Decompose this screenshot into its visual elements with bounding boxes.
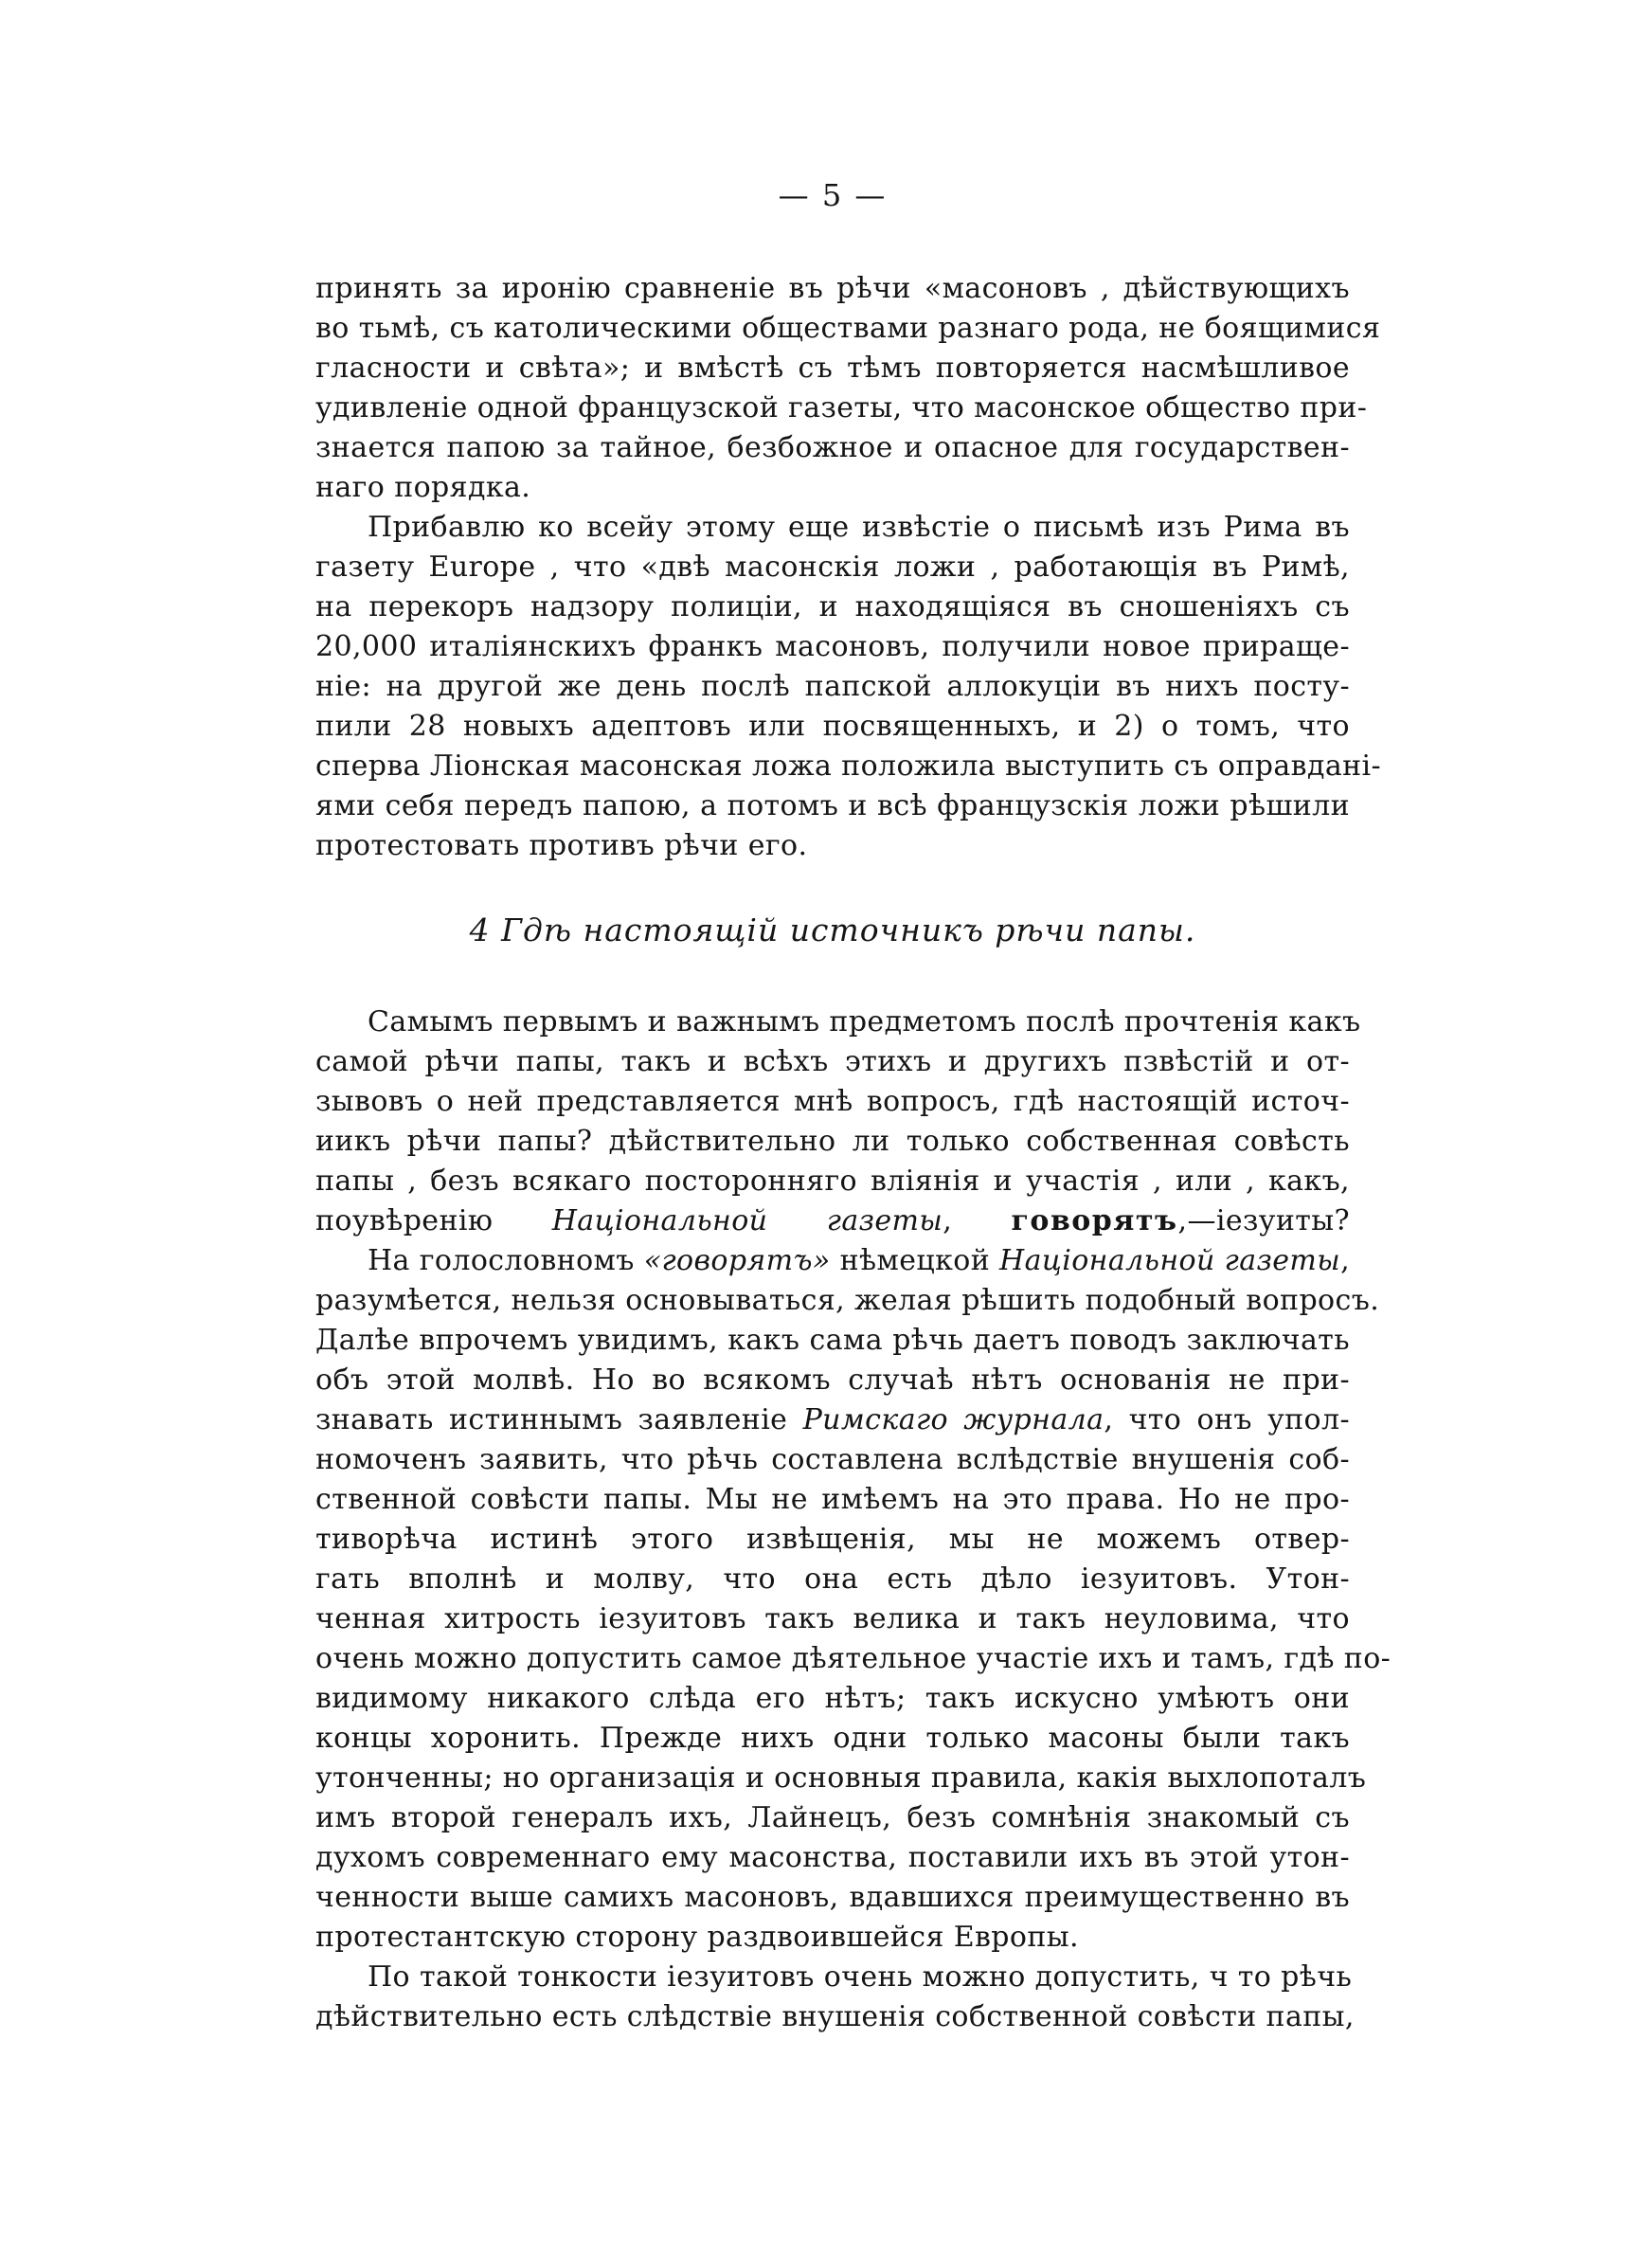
book-page: — 5 — принять за иронію сравненіе въ рѣч… <box>0 0 1652 2257</box>
plain-text: утонченны; но организація и основныя пра… <box>315 1761 1366 1795</box>
text-line: тиворѣча истинѣ этого извѣщенія, мы не м… <box>315 1520 1350 1560</box>
plain-text: сперва Ліонская масонская ложа положила … <box>315 749 1381 783</box>
plain-text: знавать истиннымъ заявленіе <box>315 1403 803 1436</box>
paragraph: Самымъ первымъ и важнымъ предметомъ посл… <box>315 1002 1350 1241</box>
emphasized-text: «говорятъ» <box>644 1244 831 1277</box>
text-line: разумѣется, нельзя основываться, желая р… <box>315 1281 1350 1321</box>
text-line: ственной совѣсти папы. Мы не имѣемъ на э… <box>315 1480 1350 1520</box>
emphasized-text: Національной газеты <box>999 1244 1340 1277</box>
plain-text: самой рѣчи папы, такъ и всѣхъ этихъ и др… <box>315 1045 1350 1078</box>
text-block: принять за иронію сравненіе въ рѣчи «мас… <box>315 269 1350 2037</box>
plain-text: разумѣется, нельзя основываться, желая р… <box>315 1284 1379 1317</box>
plain-text: дѣйствительно есть слѣдствіе внушенія со… <box>315 2000 1355 2033</box>
text-line: знается папою за тайное, безбожное и опа… <box>315 428 1350 468</box>
plain-text: принять за иронію сравненіе въ рѣчи «мас… <box>315 272 1350 305</box>
plain-text: объ этой молвѣ. Но во всякомъ случаѣ нѣт… <box>315 1363 1350 1397</box>
text-line: очень можно допустить самое дѣятельное у… <box>315 1639 1350 1679</box>
text-line: утонченны; но организація и основныя пра… <box>315 1759 1350 1798</box>
text-line: ями себя передъ папою, а потомъ и всѣ фр… <box>315 786 1350 826</box>
text-line: объ этой молвѣ. Но во всякомъ случаѣ нѣт… <box>315 1361 1350 1400</box>
plain-text: , <box>1340 1244 1350 1277</box>
text-line: Самымъ первымъ и важнымъ предметомъ посл… <box>315 1002 1350 1042</box>
text-line: Далѣе впрочемъ увидимъ, какъ сама рѣчь д… <box>315 1321 1350 1361</box>
plain-text: протестантскую сторону раздвоившейся Евр… <box>315 1921 1079 1954</box>
plain-text: протестовать противъ рѣчи его. <box>315 829 807 862</box>
text-line: видимому никакого слѣда его нѣтъ; такъ и… <box>315 1679 1350 1719</box>
plain-text: поувѣренію <box>315 1204 552 1237</box>
text-line: иикъ рѣчи папы? дѣйствительно ли только … <box>315 1122 1350 1162</box>
text-line: По такой тонкости іезуитовъ очень можно … <box>315 1958 1350 1997</box>
plain-text: Прибавлю ко всейу этому еще извѣстіе о п… <box>368 511 1350 544</box>
plain-text: ніе: на другой же день послѣ папской алл… <box>315 670 1350 703</box>
plain-text: концы хоронить. Прежде нихъ одни только … <box>315 1722 1350 1755</box>
plain-text: гать вполнѣ и молву, что она есть дѣло і… <box>315 1562 1350 1596</box>
plain-text: ченности выше самихъ масоновъ, вдавшихся… <box>315 1881 1350 1914</box>
plain-text: наго порядка. <box>315 471 530 504</box>
text-line: на перекоръ надзору полиціи, и находящія… <box>315 587 1350 627</box>
plain-text: иикъ рѣчи папы? дѣйствительно ли только … <box>315 1125 1350 1158</box>
plain-text: ченная хитрость іезуитовъ такъ велика и … <box>315 1602 1350 1635</box>
plain-text: очень можно допустить самое дѣятельное у… <box>315 1642 1391 1675</box>
text-line: самой рѣчи папы, такъ и всѣхъ этихъ и др… <box>315 1042 1350 1082</box>
emphasized-text: Римскаго журнала <box>803 1403 1104 1436</box>
plain-text: удивленіе одной французской газеты, что … <box>315 391 1367 424</box>
plain-text: Далѣе впрочемъ увидимъ, какъ сама рѣчь д… <box>315 1324 1350 1357</box>
text-line: концы хоронить. Прежде нихъ одни только … <box>315 1719 1350 1759</box>
text-line: дѣйствительно есть слѣдствіе внушенія со… <box>315 1997 1350 2037</box>
text-line: удивленіе одной французской газеты, что … <box>315 388 1350 428</box>
text-line: гласности и свѣта»; и вмѣстѣ съ тѣмъ пов… <box>315 349 1350 388</box>
paragraph: принять за иронію сравненіе въ рѣчи «мас… <box>315 269 1350 508</box>
text-line: зывовъ о ней представляется мнѣ вопросъ,… <box>315 1082 1350 1122</box>
text-line: 20,000 италіянскихъ франкъ масоновъ, пол… <box>315 627 1350 667</box>
plain-text: По такой тонкости іезуитовъ очень можно … <box>368 1960 1352 1994</box>
emphasized-text: Національной газеты <box>552 1204 943 1237</box>
plain-text: ями себя передъ папою, а потомъ и всѣ фр… <box>315 789 1350 822</box>
plain-text: гласности и свѣта»; и вмѣстѣ съ тѣмъ пов… <box>315 352 1350 385</box>
plain-text: тиворѣча истинѣ этого извѣщенія, мы не м… <box>315 1523 1350 1556</box>
paragraph: По такой тонкости іезуитовъ очень можно … <box>315 1958 1350 2037</box>
text-line: протестантскую сторону раздвоившейся Евр… <box>315 1918 1350 1958</box>
paragraph: Прибавлю ко всейу этому еще извѣстіе о п… <box>315 508 1350 866</box>
section-heading: 4 Гдѣ настоящій источникъ рѣчи папы. <box>315 908 1350 953</box>
text-line: На голословномъ «говорятъ» нѣмецкой Наці… <box>315 1241 1350 1281</box>
plain-text: зывовъ о ней представляется мнѣ вопросъ,… <box>315 1085 1350 1118</box>
plain-text: нѣмецкой <box>831 1244 999 1277</box>
plain-text: газету Europe , что «двѣ масонскія ложи … <box>315 551 1350 584</box>
plain-text: номоченъ заявить, что рѣчь составлена вс… <box>315 1443 1350 1476</box>
plain-text: ственной совѣсти папы. Мы не имѣемъ на э… <box>315 1483 1350 1516</box>
plain-text: Самымъ первымъ и важнымъ предметомъ посл… <box>368 1005 1360 1038</box>
text-line: принять за иронію сравненіе въ рѣчи «мас… <box>315 269 1350 309</box>
text-line: имъ второй генералъ ихъ, Лайнецъ, безъ с… <box>315 1798 1350 1838</box>
text-line: ченная хитрость іезуитовъ такъ велика и … <box>315 1599 1350 1639</box>
plain-text: , <box>943 1204 1011 1237</box>
text-line: гать вполнѣ и молву, что она есть дѣло і… <box>315 1560 1350 1599</box>
text-line: Прибавлю ко всейу этому еще извѣстіе о п… <box>315 508 1350 548</box>
text-line: протестовать противъ рѣчи его. <box>315 826 1350 866</box>
plain-text: знается папою за тайное, безбожное и опа… <box>315 431 1350 464</box>
text-line: папы , безъ всякаго посторонняго вліянія… <box>315 1162 1350 1201</box>
plain-text: 20,000 италіянскихъ франкъ масоновъ, пол… <box>315 630 1350 663</box>
plain-text: на перекоръ надзору полиціи, и находящія… <box>315 590 1350 623</box>
page-number: — 5 — <box>315 176 1350 214</box>
plain-text: духомъ современнаго ему масонства, поста… <box>315 1841 1350 1874</box>
plain-text: , что онъ упол- <box>1104 1403 1350 1436</box>
text-line: номоченъ заявить, что рѣчь составлена вс… <box>315 1440 1350 1480</box>
plain-text: имъ второй генералъ ихъ, Лайнецъ, безъ с… <box>315 1801 1350 1834</box>
plain-text: папы , безъ всякаго посторонняго вліянія… <box>315 1165 1350 1198</box>
plain-text: видимому никакого слѣда его нѣтъ; такъ и… <box>315 1682 1350 1715</box>
paragraph: На голословномъ «говорятъ» нѣмецкой Наці… <box>315 1241 1350 1958</box>
text-line: ченности выше самихъ масоновъ, вдавшихся… <box>315 1878 1350 1918</box>
plain-text: во тьмѣ, съ католическими обществами раз… <box>315 312 1380 345</box>
plain-text: пили 28 новыхъ адептовъ или посвященныхъ… <box>315 710 1350 743</box>
text-line: знавать истиннымъ заявленіе Римскаго жур… <box>315 1400 1350 1440</box>
plain-text: ,—іезуиты? <box>1178 1204 1350 1237</box>
text-line: во тьмѣ, съ католическими обществами раз… <box>315 309 1350 349</box>
text-line: газету Europe , что «двѣ масонскія ложи … <box>315 548 1350 587</box>
text-line: поувѣренію Національной газеты, говорятъ… <box>315 1201 1350 1241</box>
text-line: пили 28 новыхъ адептовъ или посвященныхъ… <box>315 707 1350 747</box>
bold-text: говорятъ <box>1012 1204 1178 1237</box>
plain-text: На голословномъ <box>368 1244 644 1277</box>
text-line: наго порядка. <box>315 468 1350 508</box>
text-line: духомъ современнаго ему масонства, поста… <box>315 1838 1350 1878</box>
text-line: ніе: на другой же день послѣ папской алл… <box>315 667 1350 707</box>
text-line: сперва Ліонская масонская ложа положила … <box>315 747 1350 786</box>
